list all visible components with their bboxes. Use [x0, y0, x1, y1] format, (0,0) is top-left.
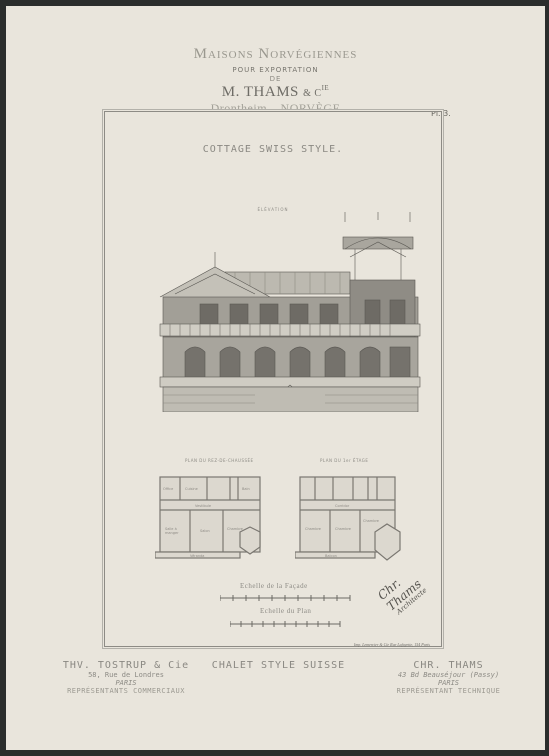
drawing-frame: COTTAGE SWISS STYLE. ÉLÉVATION [104, 111, 442, 647]
plan-first-floor-label: PLAN DU 1er ÉTAGE [320, 458, 368, 463]
svg-text:Véranda: Véranda [190, 554, 204, 558]
svg-text:manger: manger [165, 531, 179, 535]
svg-text:Salon: Salon [200, 529, 210, 533]
footer-right-address: 43 Bd Beauséjour (Passy) [376, 671, 521, 679]
footer-left-name: THV. TOSTRUP & Cie [46, 660, 206, 671]
svg-text:Cuisine: Cuisine [185, 487, 198, 491]
footer-right: CHR. THAMS 43 Bd Beauséjour (Passy) PARI… [376, 660, 521, 695]
svg-text:Chambre: Chambre [363, 519, 379, 523]
plan-first-floor: CorridorChambre ChambreChambreBalcon [295, 472, 405, 567]
header-subtitle: POUR EXPORTATION [6, 66, 545, 74]
svg-text:Chambre: Chambre [335, 527, 351, 531]
scale-facade-label: Echelle de la Façade [240, 582, 308, 590]
header-de: DE [6, 75, 545, 83]
footer-right-city: PARIS [376, 679, 521, 687]
footer-left-city: PARIS [46, 679, 206, 687]
plan-ground-floor-label: PLAN DU REZ-DE-CHAUSSÉE [185, 458, 254, 463]
scale-plan-bar [230, 621, 345, 627]
svg-text:Vestibule: Vestibule [195, 504, 211, 508]
footer-left: THV. TOSTRUP & Cie 58, Rue de Londres PA… [46, 660, 206, 695]
header-title: Maisons Norvégiennes [6, 46, 545, 63]
svg-text:Balcon: Balcon [325, 554, 337, 558]
svg-text:Bain: Bain [242, 487, 250, 491]
footer-right-name: CHR. THAMS [376, 660, 521, 671]
footer-left-address: 58, Rue de Londres [46, 671, 206, 679]
svg-text:Corridor: Corridor [335, 504, 350, 508]
company-name: M. THAMS [222, 84, 299, 100]
scale-plan-label: Echelle du Plan [260, 607, 311, 615]
printer-credit: Imp. Lemercier & Cie Rue Lafayette, 154 … [354, 642, 430, 647]
footer-center-title: CHALET STYLE SUISSE [206, 660, 351, 671]
svg-text:Chambre: Chambre [305, 527, 321, 531]
company-suffix-sup: IE [322, 84, 330, 92]
plan-ground-floor: OfficeCuisineBain VestibuleSalle àmanger… [155, 472, 265, 567]
print-sheet: Maisons Norvégiennes POUR EXPORTATION DE… [6, 6, 545, 750]
footer-left-role: REPRÉSENTANTS COMMERCIAUX [46, 687, 206, 695]
company-suffix: & C [303, 88, 321, 99]
header-company: M. THAMS & CIE [6, 84, 545, 101]
svg-text:Chambre: Chambre [227, 527, 243, 531]
elevation-drawing [155, 212, 425, 412]
drawing-title: COTTAGE SWISS STYLE. [105, 144, 441, 155]
svg-text:Office: Office [163, 487, 173, 491]
footer-right-role: REPRÉSENTANT TECHNIQUE [376, 687, 521, 695]
scale-facade-bar [220, 595, 355, 601]
